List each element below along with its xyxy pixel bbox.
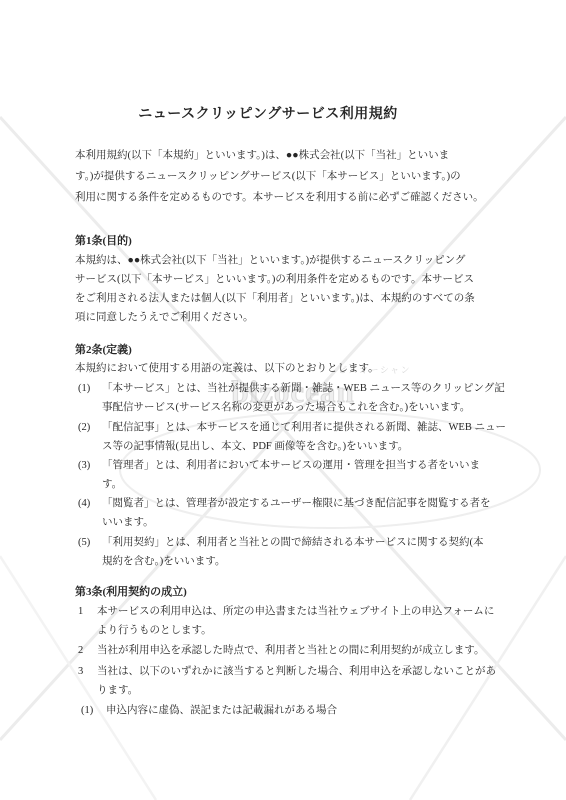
item-number: (1) — [81, 701, 106, 720]
definition-item-1: (1) 「本サービス」とは、当社が提供する新聞・雑誌・WEB ニュース等のクリッ… — [78, 379, 505, 417]
application-item-1: 1 本サービスの利用申込は、所定の申込書または当社ウェブサイト上の申込フォームに… — [78, 602, 494, 640]
item-text: 「利用契約」とは、利用者と当社との間で締結される本サービスに関する契約(本 規約… — [102, 533, 484, 571]
article-1-heading: 第1条(目的) — [75, 232, 132, 248]
article-2-lead: 本規約において使用する用語の定義は、以下のとおりとします。 — [75, 359, 505, 378]
item-text: 本サービスの利用申込は、所定の申込書または当社ウェブサイト上の申込フォームに よ… — [97, 602, 494, 640]
item-number: 2 — [78, 641, 97, 660]
item-text: 当社は、以下のいずれかに該当すると判断した場合、利用申込を承認しないことがあ り… — [97, 662, 496, 700]
definition-item-3: (3) 「管理者」とは、利用者において本サービスの運用・管理を担当する者をいいま… — [78, 456, 480, 494]
article-1-body: 本規約は、●●株式会社(以下「当社」といいます。)が提供するニュースクリッピング… — [75, 251, 505, 327]
application-subitem-1: (1) 申込内容に虚偽、誤記または記載漏れがある場合 — [81, 701, 337, 720]
definition-item-5: (5) 「利用契約」とは、利用者と当社との間で締結される本サービスに関する契約(… — [78, 533, 484, 571]
intro-paragraph: 本利用規約(以下「本規約」といいます。)は、●●株式会社(以下「当社」といいま … — [75, 145, 505, 208]
item-text: 「管理者」とは、利用者において本サービスの運用・管理を担当する者をいいま す。 — [102, 456, 480, 494]
item-number: (3) — [78, 456, 102, 475]
item-number: (1) — [78, 379, 102, 398]
definition-item-4: (4) 「閲覧者」とは、管理者が設定するユーザー権限に基づき配信記事を閲覧する者… — [78, 494, 491, 532]
document-content: ニュースクリッピングサービス利用規約 本利用規約(以下「本規約」といいます。)は… — [0, 0, 566, 800]
item-number: 3 — [78, 662, 97, 681]
document-page: ビズオーシャン bizocean ニュースクリッピングサービス利用規約 本利用規… — [0, 0, 566, 800]
item-text: 「配信記事」とは、本サービスを通じて利用者に提供される新聞、雑誌、WEB ニュー… — [102, 418, 506, 456]
item-number: (2) — [78, 418, 102, 437]
article-2-heading: 第2条(定義) — [75, 341, 132, 357]
item-number: (5) — [78, 533, 102, 552]
item-text: 「本サービス」とは、当社が提供する新聞・雑誌・WEB ニュース等のクリッピング記… — [102, 379, 505, 417]
application-item-3: 3 当社は、以下のいずれかに該当すると判断した場合、利用申込を承認しないことがあ… — [78, 662, 496, 700]
item-text: 「閲覧者」とは、管理者が設定するユーザー権限に基づき配信記事を閲覧する者を いい… — [102, 494, 491, 532]
item-text: 当社が利用申込を承認した時点で、利用者と当社との間に利用契約が成立します。 — [97, 641, 484, 660]
item-number: 1 — [78, 602, 97, 621]
definition-item-2: (2) 「配信記事」とは、本サービスを通じて利用者に提供される新聞、雑誌、WEB… — [78, 418, 506, 456]
item-text: 申込内容に虚偽、誤記または記載漏れがある場合 — [106, 701, 337, 720]
document-title: ニュースクリッピングサービス利用規約 — [0, 103, 536, 123]
application-item-2: 2 当社が利用申込を承認した時点で、利用者と当社との間に利用契約が成立します。 — [78, 641, 484, 660]
item-number: (4) — [78, 494, 102, 513]
article-3-heading: 第3条(利用契約の成立) — [75, 583, 187, 599]
